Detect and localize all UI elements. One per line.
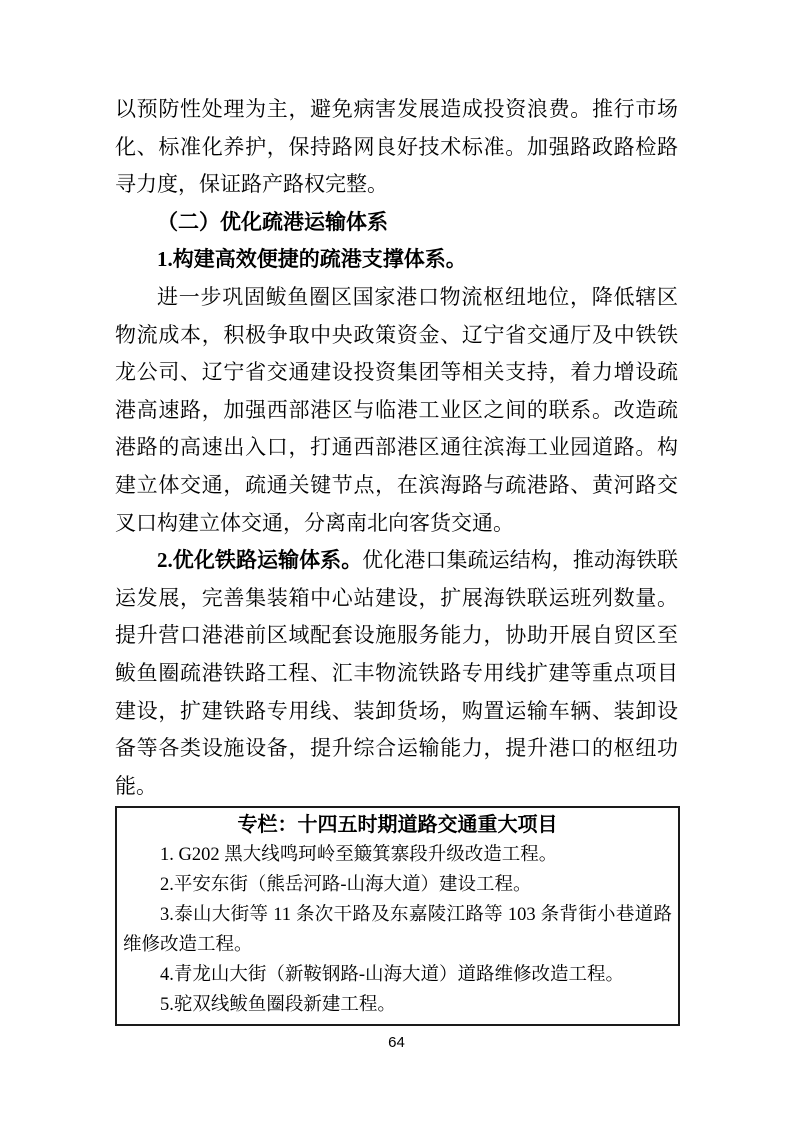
project-item-1: 1. G202 黑大线鸣珂岭至簸箕寨段升级改造工程。 bbox=[123, 840, 672, 870]
project-item-5: 5.驼双线鲅鱼圈段新建工程。 bbox=[123, 990, 672, 1020]
subsection-heading-port-support: 1.构建高效便捷的疏港支撑体系。 bbox=[115, 241, 678, 279]
document-page: 以预防性处理为主，避免病害发展造成投资浪费。推行市场化、标准化养护，保持路网良好… bbox=[0, 0, 793, 1122]
project-item-3: 3.泰山大街等 11 条次干路及东嘉陵江路等 103 条背街小巷道路维修改造工程… bbox=[123, 900, 672, 960]
paragraph-maintenance-continuation: 以预防性处理为主，避免病害发展造成投资浪费。推行市场化、标准化养护，保持路网良好… bbox=[115, 91, 678, 204]
project-item-4: 4.青龙山大街（新鞍钢路-山海大道）道路维修改造工程。 bbox=[123, 960, 672, 990]
project-item-2: 2.平安东街（熊岳河路-山海大道）建设工程。 bbox=[123, 870, 672, 900]
paragraph-railway-text: 优化港口集疏运结构，推动海铁联运发展，完善集装箱中心站建设，扩展海铁联运班列数量… bbox=[115, 548, 678, 798]
subsection-heading-railway: 2.优化铁路运输体系。 bbox=[157, 548, 362, 572]
section-heading: （二）优化疏港运输体系 bbox=[115, 204, 678, 242]
document-content: 以预防性处理为主，避免病害发展造成投资浪费。推行市场化、标准化养护，保持路网良好… bbox=[115, 91, 678, 805]
project-column-box: 专栏：十四五时期道路交通重大项目 1. G202 黑大线鸣珂岭至簸箕寨段升级改造… bbox=[115, 806, 680, 1026]
paragraph-railway: 2.优化铁路运输体系。优化港口集疏运结构，推动海铁联运发展，完善集装箱中心站建设… bbox=[115, 542, 678, 805]
page-number: 64 bbox=[0, 1033, 793, 1053]
project-box-title: 专栏：十四五时期道路交通重大项目 bbox=[123, 810, 672, 840]
paragraph-port-support: 进一步巩固鲅鱼圈区国家港口物流枢纽地位，降低辖区物流成本，积极争取中央政策资金、… bbox=[115, 279, 678, 542]
